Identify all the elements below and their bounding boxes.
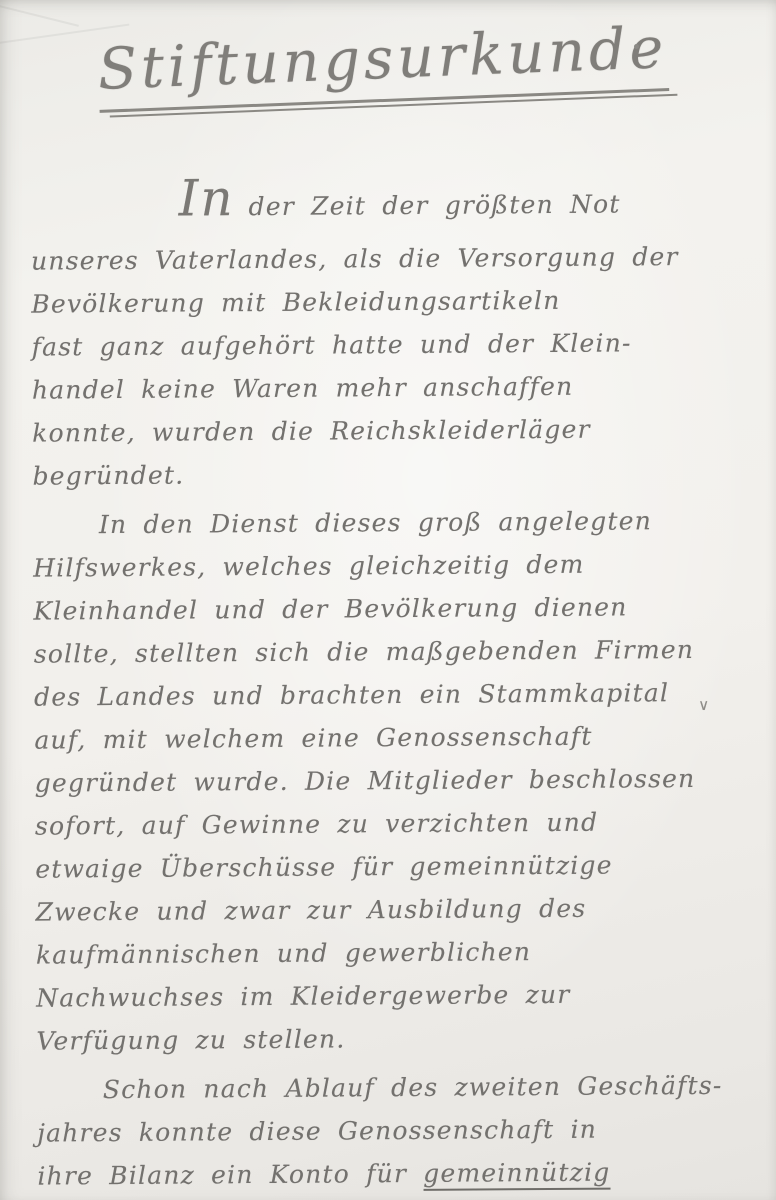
text-line-prefix: ihre Bilanz ein Konto für — [37, 1159, 407, 1191]
underlined-word: gemeinnützig — [423, 1158, 610, 1191]
text-line: sofort, auf Gewinne zu verzichten und — [35, 799, 775, 847]
paragraph-opening-line: Inder Zeit der größten Not — [178, 163, 770, 238]
opening-word: In — [178, 169, 234, 227]
text-line: Nachwuchses im Kleidergewerbe zur — [36, 971, 776, 1019]
text-line: jahres konnte diese Genossenschaft in — [37, 1106, 776, 1154]
document-body: Inder Zeit der größten Not unseres Vater… — [30, 163, 776, 1200]
text-line: gegründet wurde. Die Mitglieder beschlos… — [35, 756, 775, 804]
opening-line-rest: der Zeit der größten Not — [249, 189, 621, 221]
text-line: Schon nach Ablauf des zweiten Geschäfts- — [37, 1063, 776, 1111]
text-line: auf, mit welchem eine Genossenschaft — [34, 713, 774, 761]
insertion-caret-mark: ∨ — [698, 696, 709, 714]
text-line: In den Dienst dieses groß angelegten — [33, 498, 773, 546]
document-title-text: Stiftungsurkunde — [97, 15, 669, 113]
text-line: konnte, wurden die Reichskleiderläger — [32, 406, 772, 454]
document-title: Stiftungsurkunde — [97, 15, 669, 113]
text-line: etwaige Überschüsse für gemeinnützige — [35, 842, 775, 890]
text-line: des Landes und brachten ein Stammkapital — [34, 670, 774, 718]
text-line: fast ganz aufgehört hatte und der Klein- — [31, 320, 771, 368]
text-line: begründet. — [32, 449, 772, 497]
paper-crease — [0, 3, 79, 27]
paragraph-1: Inder Zeit der größten Not unseres Vater… — [30, 163, 772, 497]
text-line: handel keine Waren mehr anschaffen — [32, 363, 772, 411]
text-line: Kleinhandel und der Bevölkerung dienen — [33, 584, 773, 632]
text-line-with-underline: ihre Bilanz ein Konto für gemeinnützig — [37, 1149, 776, 1197]
text-line: Zwecke und zwar zur Ausbildung des — [35, 885, 775, 933]
handwritten-document-page: Stiftungsurkunde Inder Zeit der größten … — [0, 0, 776, 1200]
text-line: unseres Vaterlandes, als die Versorgung … — [31, 234, 771, 282]
paragraph-3: Schon nach Ablauf des zweiten Geschäfts-… — [37, 1063, 776, 1197]
text-line: kaufmännischen und gewerblichen — [36, 928, 776, 976]
text-line: Verfügung zu stellen. — [36, 1014, 776, 1062]
text-line: sollte, stellten sich die maßgebenden Fi… — [34, 627, 774, 675]
ink-dot — [634, 44, 639, 49]
text-line: Bevölkerung mit Bekleidungsartikeln — [31, 277, 771, 325]
text-line: Hilfswerkes, welches gleichzeitig dem — [33, 541, 773, 589]
paragraph-2: In den Dienst dieses groß angelegten Hil… — [33, 498, 776, 1062]
